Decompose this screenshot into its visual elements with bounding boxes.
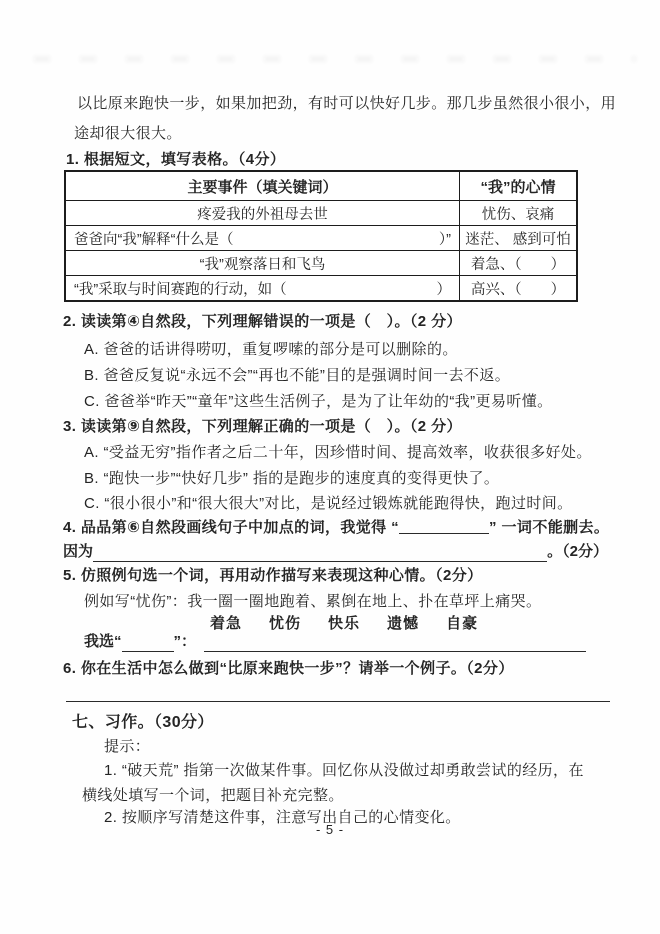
page-number: - 5 - — [0, 822, 660, 837]
word-option: 自豪 — [446, 612, 478, 633]
word-option: 着急 — [210, 612, 242, 633]
passage-line-2: 途却很大很大。 — [74, 124, 182, 144]
q4-line1: 4. 品品第⑥自然段画线句子中加点的词，我觉得 “” 一词不能删去。 — [63, 518, 609, 538]
event-text-prefix: “我”采取与时间赛跑的行动，如（ — [74, 278, 287, 299]
q6-answer-line — [66, 701, 610, 702]
q4-line1-post: ” 一词不能删去。 — [489, 519, 609, 536]
section7-hint1-line1: 1. “破天荒” 指第一次做某件事。回忆你从没做过却勇敢尝试的经历，在 — [104, 761, 584, 781]
q2-option-c: C. 爸爸举“昨天”“童年”这些生活例子，是为了让年幼的“我”更易听懂。 — [84, 392, 553, 412]
q4-score-label: 。（2分） — [547, 542, 608, 562]
q4-line1-pre: 4. 品品第⑥自然段画线句子中加点的词，我觉得 “ — [63, 519, 399, 536]
table-row: “我”观察落日和飞鸟 着急、（ ） — [66, 250, 576, 275]
q4-because-label: 因为 — [63, 542, 93, 562]
table-row: 疼爱我的外祖母去世 忧伤、哀痛 — [66, 200, 576, 225]
mood-cell: 着急、（ ） — [460, 251, 576, 275]
q1-title: 1. 根据短文，填写表格。（4分） — [66, 150, 285, 170]
q5-ichoose-label: 我选“ — [84, 632, 122, 652]
q6-title: 6. 你在生活中怎么做到“比原来跑快一步”？请举一个例子。（2分） — [63, 659, 514, 679]
event-cell: 疼爱我的外祖母去世 — [66, 201, 460, 225]
q3-option-a: A. “受益无穷”指作者之后二十年，因珍惜时间、提高效率，收获很多好处。 — [84, 443, 592, 463]
word-option: 快乐 — [328, 612, 360, 633]
table-header-row: 主要事件（填关键词） “我”的心情 — [66, 172, 576, 200]
mood-cell: 迷茫、 感到可怕 — [460, 226, 576, 250]
main-events-table: 主要事件（填关键词） “我”的心情 疼爱我的外祖母去世 忧伤、哀痛 爸爸向“我”… — [64, 170, 578, 302]
q2-stem: 2. 读读第④自然段，下列理解错误的一项是（ ）。（2 分） — [63, 312, 462, 332]
event-cell: “我”采取与时间赛跑的行动，如（ ） — [66, 276, 460, 300]
header-cell-main-event: 主要事件（填关键词） — [66, 172, 460, 200]
event-cell: 爸爸向“我”解释“什么是（ ）” — [66, 226, 460, 250]
q4-word-blank — [399, 518, 489, 534]
mood-cell: 高兴、（ ） — [460, 276, 576, 300]
q3-stem-pre: 3. 读读第⑨自然段，下列理解 — [63, 418, 263, 435]
q2-stem-keyword: 错误 — [263, 313, 294, 330]
table-row: 爸爸向“我”解释“什么是（ ）” 迷茫、 感到可怕 — [66, 225, 576, 250]
word-option: 遗憾 — [387, 612, 419, 633]
passage-line-1: 以比原来跑快一步，如果加把劲，有时可以快好几步。那几步虽然很小很小，用 — [77, 94, 616, 114]
event-text-prefix: 爸爸向“我”解释“什么是（ — [74, 228, 234, 249]
q3-option-b: B. “跑快一步”“快好几步” 指的是跑步的速度真的变得更快了。 — [84, 469, 499, 489]
section7-hint1-line2: 横线处填写一个词，把题目补充完整。 — [82, 786, 344, 806]
q2-stem-pre: 2. 读读第④自然段，下列理解 — [63, 313, 263, 330]
q4-line2: 因为 。（2分） — [63, 542, 608, 562]
section7-title: 七、习作。（30分） — [72, 713, 214, 733]
mood-cell: 忧伤、哀痛 — [460, 201, 576, 225]
q2-stem-post: 的一项是（ ）。（2 分） — [294, 313, 462, 330]
q3-stem-post: 的一项是（ ）。（2 分） — [294, 418, 462, 435]
event-text-suffix: ） — [437, 278, 452, 299]
q5-sentence-blank — [204, 635, 586, 652]
event-cell: “我”观察落日和飞鸟 — [66, 251, 460, 275]
header-cell-my-mood: “我”的心情 — [460, 172, 576, 200]
section7-hint-label: 提示： — [104, 737, 150, 757]
q5-example: 例如写“忧伤”：我一圈一圈地跑着、累倒在地上、扑在草坪上痛哭。 — [84, 592, 541, 612]
exam-paper-page: 以比原来跑快一步，如果加把劲，有时可以快好几步。那几步虽然很小很小，用 途却很大… — [0, 0, 660, 934]
q3-stem: 3. 读读第⑨自然段，下列理解正确的一项是（ ）。（2 分） — [63, 417, 462, 437]
event-text-suffix: ）” — [439, 228, 451, 249]
q5-answer-line: 我选“ ”： — [84, 632, 586, 652]
q5-colon-label: ”： — [174, 632, 197, 652]
word-option: 忧伤 — [269, 612, 301, 633]
q3-option-c: C. “很小很小”和“很大很大”对比，是说经过锻炼就能跑得快，跑过时间。 — [84, 494, 573, 514]
scan-bleed-through-artifact — [34, 56, 636, 62]
q4-reason-blank — [93, 545, 547, 562]
q5-word-bank: 着急 忧伤 快乐 遗憾 自豪 — [210, 612, 478, 633]
q2-option-b: B. 爸爸反复说“永远不会”“再也不能”目的是强调时间一去不返。 — [84, 366, 510, 386]
q5-title: 5. 仿照例句选一个词，再用动作描写来表现这种心情。（2分） — [63, 566, 483, 586]
q3-stem-keyword: 正确 — [263, 418, 294, 435]
q2-option-a: A. 爸爸的话讲得唠叨，重复啰嗦的部分是可以删除的。 — [84, 340, 458, 360]
q5-word-blank — [122, 636, 174, 652]
table-row: “我”采取与时间赛跑的行动，如（ ） 高兴、（ ） — [66, 275, 576, 300]
